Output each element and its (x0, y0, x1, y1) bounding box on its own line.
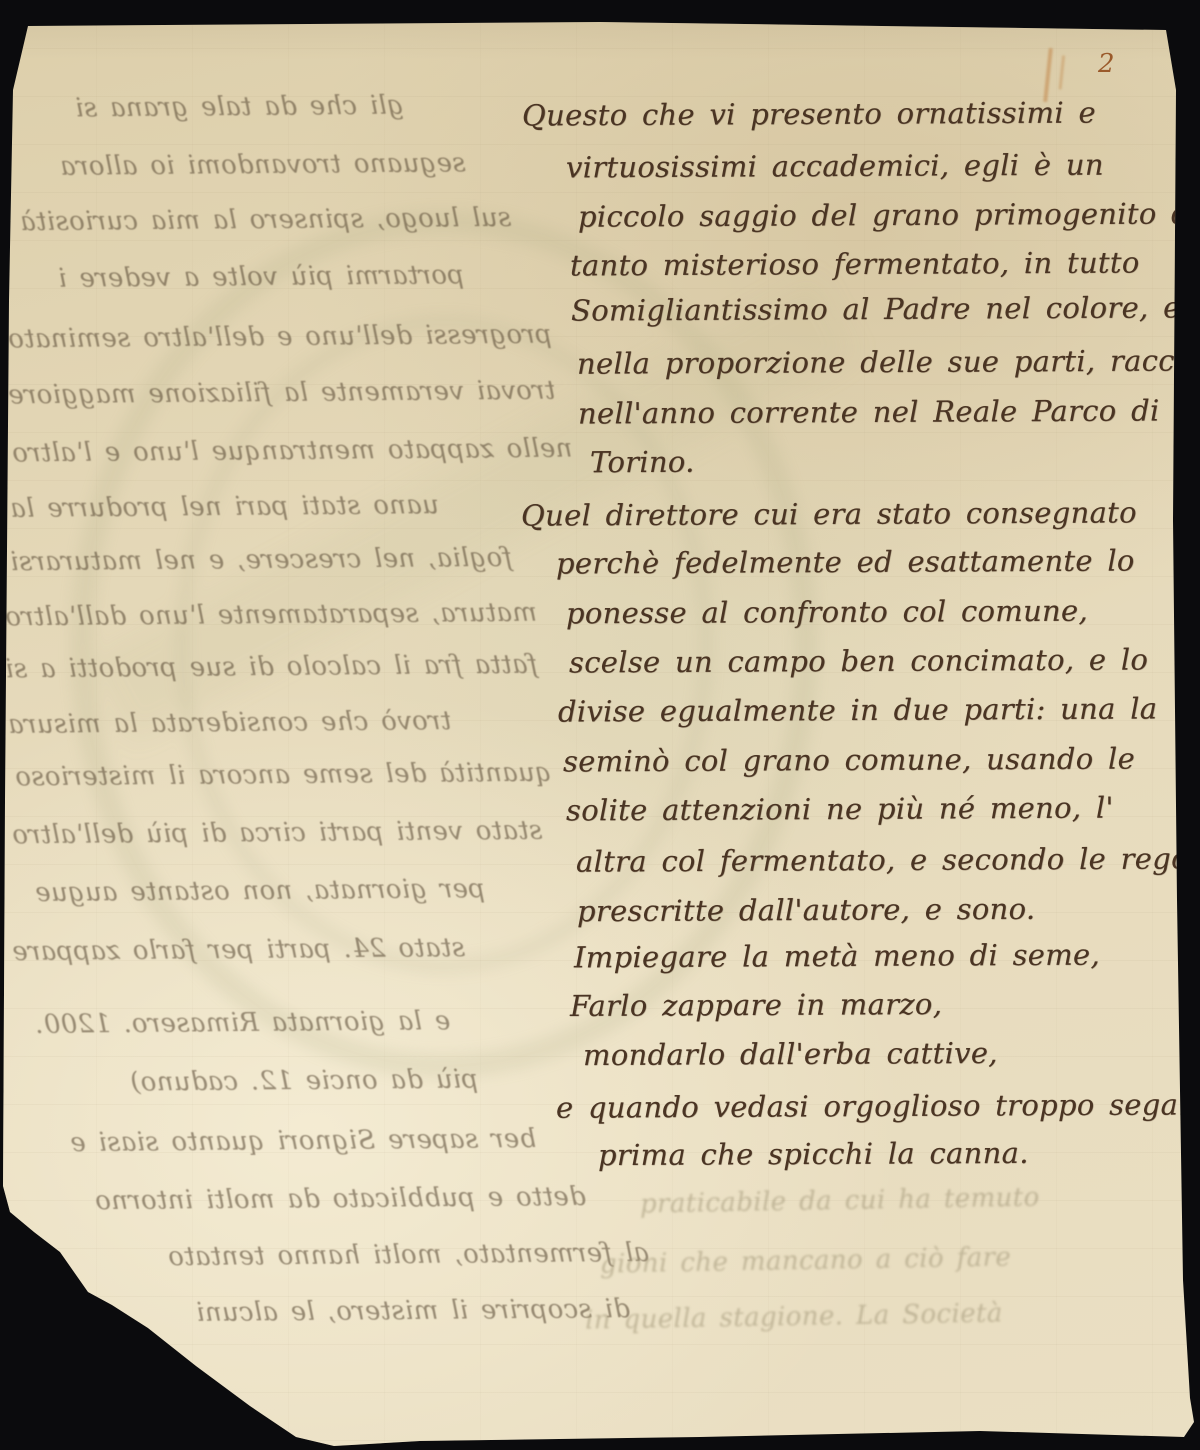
ghost-line: in quella stagione. La Società (585, 1298, 1003, 1336)
bleedthrough-line: al fermentato, molti hanno tentato (168, 1238, 649, 1273)
bleedthrough-line: progressi dell'uno e dell'altro seminato (8, 320, 552, 356)
handwritten-line: virtuosissimi accademici, egli è un (566, 147, 1104, 186)
bleedthrough-line: stato venti parti circa di più dell'altr… (12, 816, 543, 852)
bleedthrough-line: seguano trovandomi io allora (60, 148, 466, 183)
handwritten-line: e quando vedasi orgoglioso troppo segarl… (556, 1086, 1200, 1126)
embossed-seal (70, 210, 818, 1078)
handwritten-line: Somigliantissimo al Padre nel colore, e (571, 289, 1181, 328)
ghost-line: gioni che mancano a ciò fare (600, 1242, 1012, 1280)
handwritten-line: Farlo zappare in marzo, (570, 986, 942, 1024)
bleedthrough-layer: gli che da tale grana siseguano trovando… (0, 0, 1200, 1450)
handwritten-line: Impiegare la metà meno di seme, (574, 937, 1100, 976)
handwritten-line: scelse un campo ben concimato, e lo (569, 641, 1148, 680)
bleedthrough-line: foglia, nel crescere, e nel maturarsi (10, 543, 512, 579)
bleedthrough-line: più da oncie 12. caduno) (130, 1064, 478, 1098)
handwritten-line: tanto misterioso fermentato, in tutto (570, 245, 1140, 284)
handwritten-line: seminò col grano comune, usando le (563, 741, 1135, 780)
handwriting-layer: Questo che vi presento ornatissimi evirt… (0, 0, 1200, 1450)
handwritten-line: piccolo saggio del grano primogenito del (578, 195, 1200, 235)
bleedthrough-line: trovai veramente la filiazione maggiore (8, 376, 556, 412)
bleedthrough-line: gli che da tale grana si (75, 91, 404, 125)
bleedthrough-line: stato 24. parti per farlo zappare (12, 933, 465, 968)
bleedthrough-line: matura, separatamente l'uno dall'altro (5, 598, 537, 634)
handwritten-line: Questo che vi presento ornatissimi e (522, 94, 1096, 133)
bleedthrough-line: ber sapere Signori quanto siasi e (70, 1124, 536, 1159)
bleedthrough-line: di scoprire il mistero, le alcuni (196, 1294, 630, 1329)
ghost-line: praticabile da cui ha temuto (640, 1183, 1040, 1221)
bleedthrough-line: sul luogo, spinsero la mia curiosità (20, 203, 512, 238)
bleedthrough-line: nello zappato mentranque l'uno e l'altro (12, 434, 573, 470)
bleedthrough-line: per giornata, non ostante augue (35, 874, 485, 909)
handwritten-line: solite attenzioni ne più né meno, l' (566, 790, 1114, 829)
bleedthrough-line: portarmi più volte a vedere i (58, 260, 464, 295)
handwritten-line: perchè fedelmente ed esattamente lo (556, 542, 1135, 581)
handwritten-line: Torino. (590, 444, 695, 481)
bleedthrough-line: detto e pubblicato da molti intorno (95, 1182, 586, 1217)
handwritten-line: nell'anno corrente nel Reale Parco di (578, 392, 1160, 431)
page-number: 2 (1098, 50, 1115, 79)
handwritten-line: ponesse al confronto col comune, (566, 593, 1088, 632)
bleedthrough-line: fatta fra il calcolo di sue prodotti a s… (5, 650, 538, 686)
handwritten-line: mondarlo dall'erba cattive, (583, 1035, 998, 1073)
bleedthrough-line: quantità del seme ancora il misterioso (15, 758, 552, 794)
handwritten-line: prima che spicchi la canna. (598, 1135, 1029, 1174)
ink-stain (1043, 48, 1053, 102)
scan-backdrop: { "document": { "kind": "handwritten man… (0, 0, 1200, 1450)
handwritten-line: altra col fermentato, e secondo le regol… (576, 840, 1200, 880)
handwritten-line: prescritte dall'autore, e sono. (577, 891, 1036, 930)
bleedthrough-line: e la giornata Rimasero. 1200. (35, 1006, 451, 1041)
handwritten-line: nella proporzione delle sue parti, racco… (577, 342, 1200, 382)
ghost-layer: praticabile da cui ha temutogioni che ma… (0, 0, 1200, 1450)
bleedthrough-line: trovò che considerata la misura (8, 706, 452, 741)
handwritten-line: divise egualmente in due parti: una la (558, 690, 1158, 729)
bleedthrough-line: uano stati pari nel produrre la (10, 490, 439, 525)
handwritten-line: Quel direttore cui era stato consegnato (521, 494, 1137, 533)
manuscript-page: gli che da tale grana siseguano trovando… (0, 0, 1200, 1450)
